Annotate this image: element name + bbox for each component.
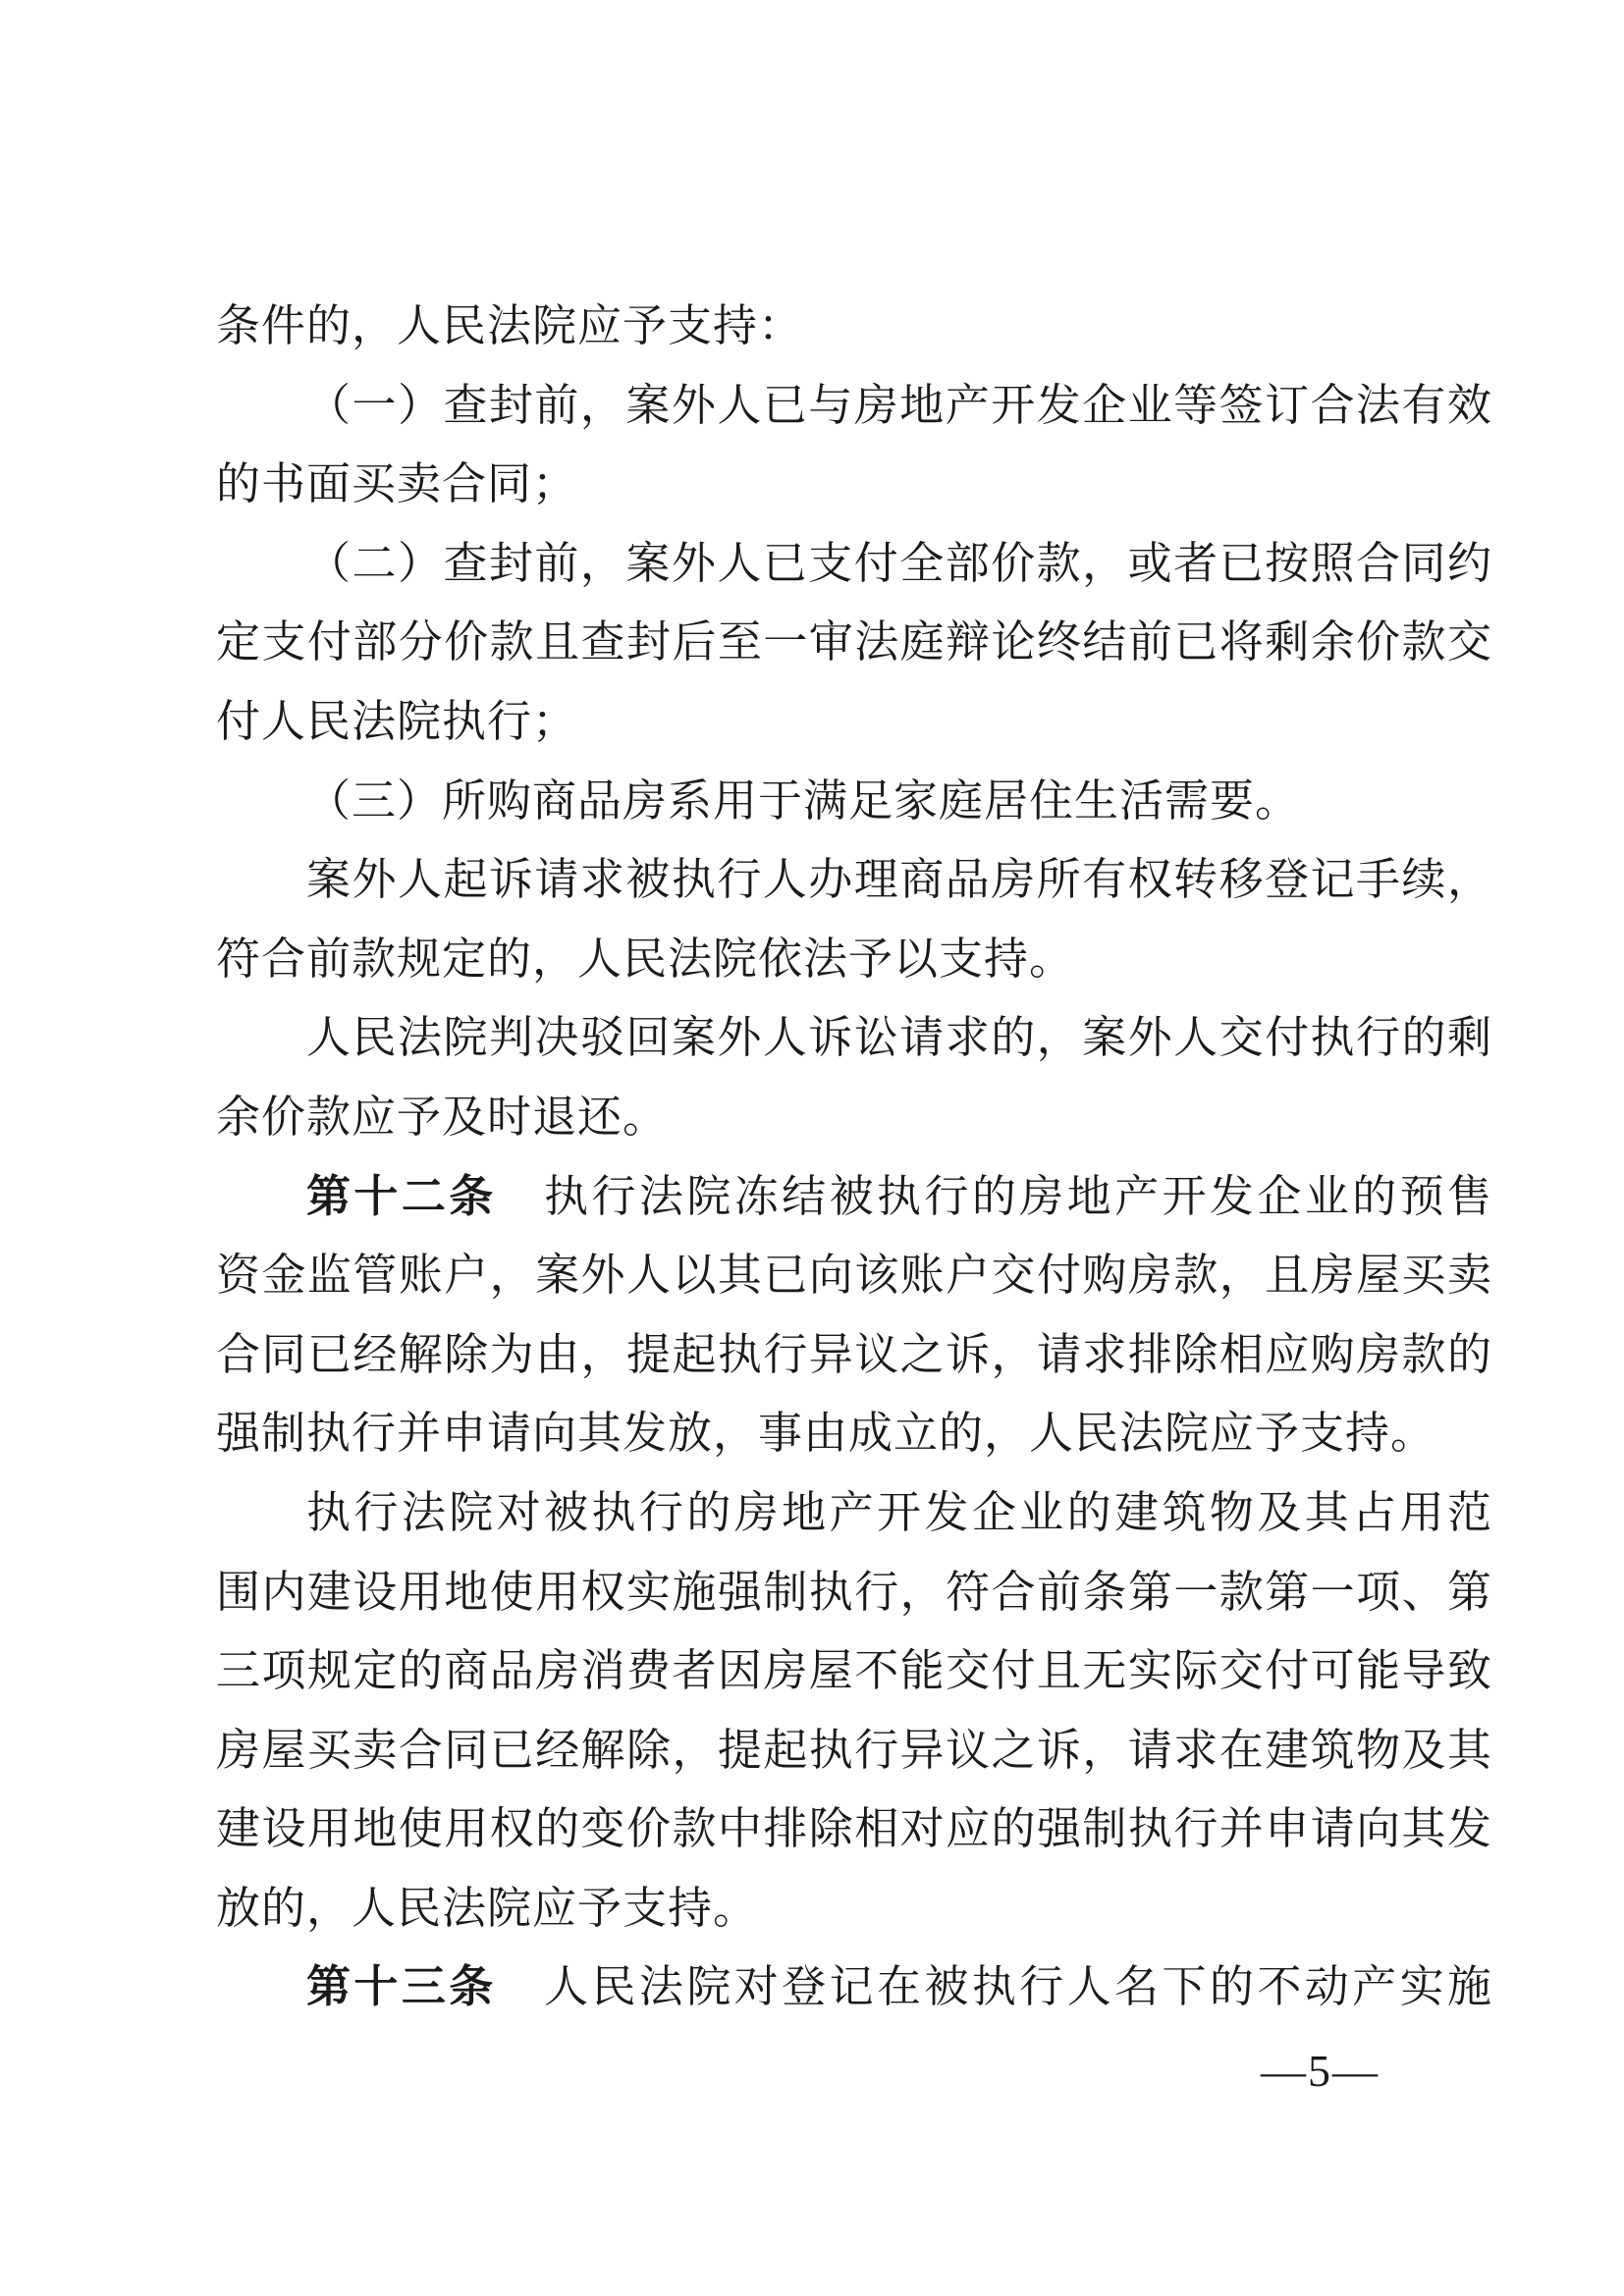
text-line: 余价款应予及时退还。: [216, 1078, 1492, 1157]
text-segment: 的书面买卖合同；: [216, 459, 577, 508]
article-number: 第十二条: [306, 1171, 497, 1221]
text-segment: 案外人起诉请求被执行人办理商品房所有权转移登记手续，: [306, 855, 1492, 904]
text-line: 三项规定的商品房消费者因房屋不能交付且无实际交付可能导致: [216, 1631, 1492, 1711]
document-body: 条件的，人民法院应予支持：（一）查封前，案外人已与房地产开发企业等签订合法有效的…: [216, 287, 1492, 2027]
text-line: 建设用地使用权的变价款中排除相对应的强制执行并申请向其发: [216, 1789, 1492, 1869]
text-segment: 三项规定的商品房消费者因房屋不能交付且无实际交付可能导致: [216, 1646, 1492, 1695]
text-line: 放的，人民法院应予支持。: [216, 1869, 1492, 1949]
text-line: （一）查封前，案外人已与房地产开发企业等签订合法有效: [216, 366, 1492, 446]
text-segment: 人民法院对登记在被执行人名下的不动产实施: [497, 1962, 1492, 2011]
text-line: 定支付部分价款且查封后至一审法庭辩论终结前已将剩余价款交: [216, 603, 1492, 682]
text-line: 资金监管账户，案外人以其已向该账户交付购房款，且房屋买卖: [216, 1236, 1492, 1315]
text-segment: （三）所购商品房系用于满足家庭居住生活需要。: [306, 776, 1300, 826]
text-line: 执行法院对被执行的房地产开发企业的建筑物及其占用范: [216, 1473, 1492, 1553]
text-segment: 付人民法院执行；: [216, 697, 577, 746]
text-line: 付人民法院执行；: [216, 682, 1492, 762]
text-line: 第十三条 人民法院对登记在被执行人名下的不动产实施: [216, 1948, 1492, 2027]
text-segment: （一）查封前，案外人已与房地产开发企业等签订合法有效: [306, 381, 1492, 430]
text-line: 房屋买卖合同已经解除，提起执行异议之诉，请求在建筑物及其: [216, 1711, 1492, 1790]
text-line: 条件的，人民法院应予支持：: [216, 287, 1492, 366]
text-segment: 执行法院对被执行的房地产开发企业的建筑物及其占用范: [306, 1488, 1492, 1537]
text-segment: 人民法院判决驳回案外人诉讼请求的，案外人交付执行的剩: [306, 1013, 1492, 1062]
article-number: 第十三条: [306, 1961, 497, 2011]
text-segment: 合同已经解除为由，提起执行异议之诉，请求排除相应购房款的: [216, 1330, 1492, 1379]
text-segment: 围内建设用地使用权实施强制执行，符合前条第一款第一项、第: [216, 1568, 1492, 1617]
text-line: 案外人起诉请求被执行人办理商品房所有权转移登记手续，: [216, 840, 1492, 920]
text-segment: 资金监管账户，案外人以其已向该账户交付购房款，且房屋买卖: [216, 1251, 1492, 1300]
text-line: 合同已经解除为由，提起执行异议之诉，请求排除相应购房款的: [216, 1315, 1492, 1395]
text-segment: 执行法院冻结被执行的房地产开发企业的预售: [497, 1172, 1492, 1221]
text-segment: 强制执行并申请向其发放，事由成立的，人民法院应予支持。: [216, 1409, 1435, 1458]
text-segment: 房屋买卖合同已经解除，提起执行异议之诉，请求在建筑物及其: [216, 1726, 1492, 1775]
text-line: （二）查封前，案外人已支付全部价款，或者已按照合同约: [216, 524, 1492, 604]
text-segment: 定支付部分价款且查封后至一审法庭辩论终结前已将剩余价款交: [216, 617, 1492, 667]
text-line: 第十二条 执行法院冻结被执行的房地产开发企业的预售: [216, 1157, 1492, 1237]
text-line: 人民法院判决驳回案外人诉讼请求的，案外人交付执行的剩: [216, 998, 1492, 1078]
text-line: 符合前款规定的，人民法院依法予以支持。: [216, 920, 1492, 999]
text-line: 的书面买卖合同；: [216, 445, 1492, 524]
text-line: （三）所购商品房系用于满足家庭居住生活需要。: [216, 762, 1492, 841]
text-segment: 放的，人民法院应予支持。: [216, 1884, 758, 1933]
text-segment: 建设用地使用权的变价款中排除相对应的强制执行并申请向其发: [216, 1804, 1492, 1853]
text-line: 围内建设用地使用权实施强制执行，符合前条第一款第一项、第: [216, 1553, 1492, 1632]
text-segment: （二）查封前，案外人已支付全部价款，或者已按照合同约: [306, 539, 1492, 588]
text-line: 强制执行并申请向其发放，事由成立的，人民法院应予支持。: [216, 1394, 1492, 1473]
text-segment: 余价款应予及时退还。: [216, 1093, 668, 1142]
page-number: —5—: [1261, 2034, 1380, 2109]
text-segment: 符合前款规定的，人民法院依法予以支持。: [216, 934, 1074, 984]
document-page: 条件的，人民法院应予支持：（一）查封前，案外人已与房地产开发企业等签订合法有效的…: [0, 0, 1624, 2296]
text-segment: 条件的，人民法院应予支持：: [216, 301, 803, 350]
